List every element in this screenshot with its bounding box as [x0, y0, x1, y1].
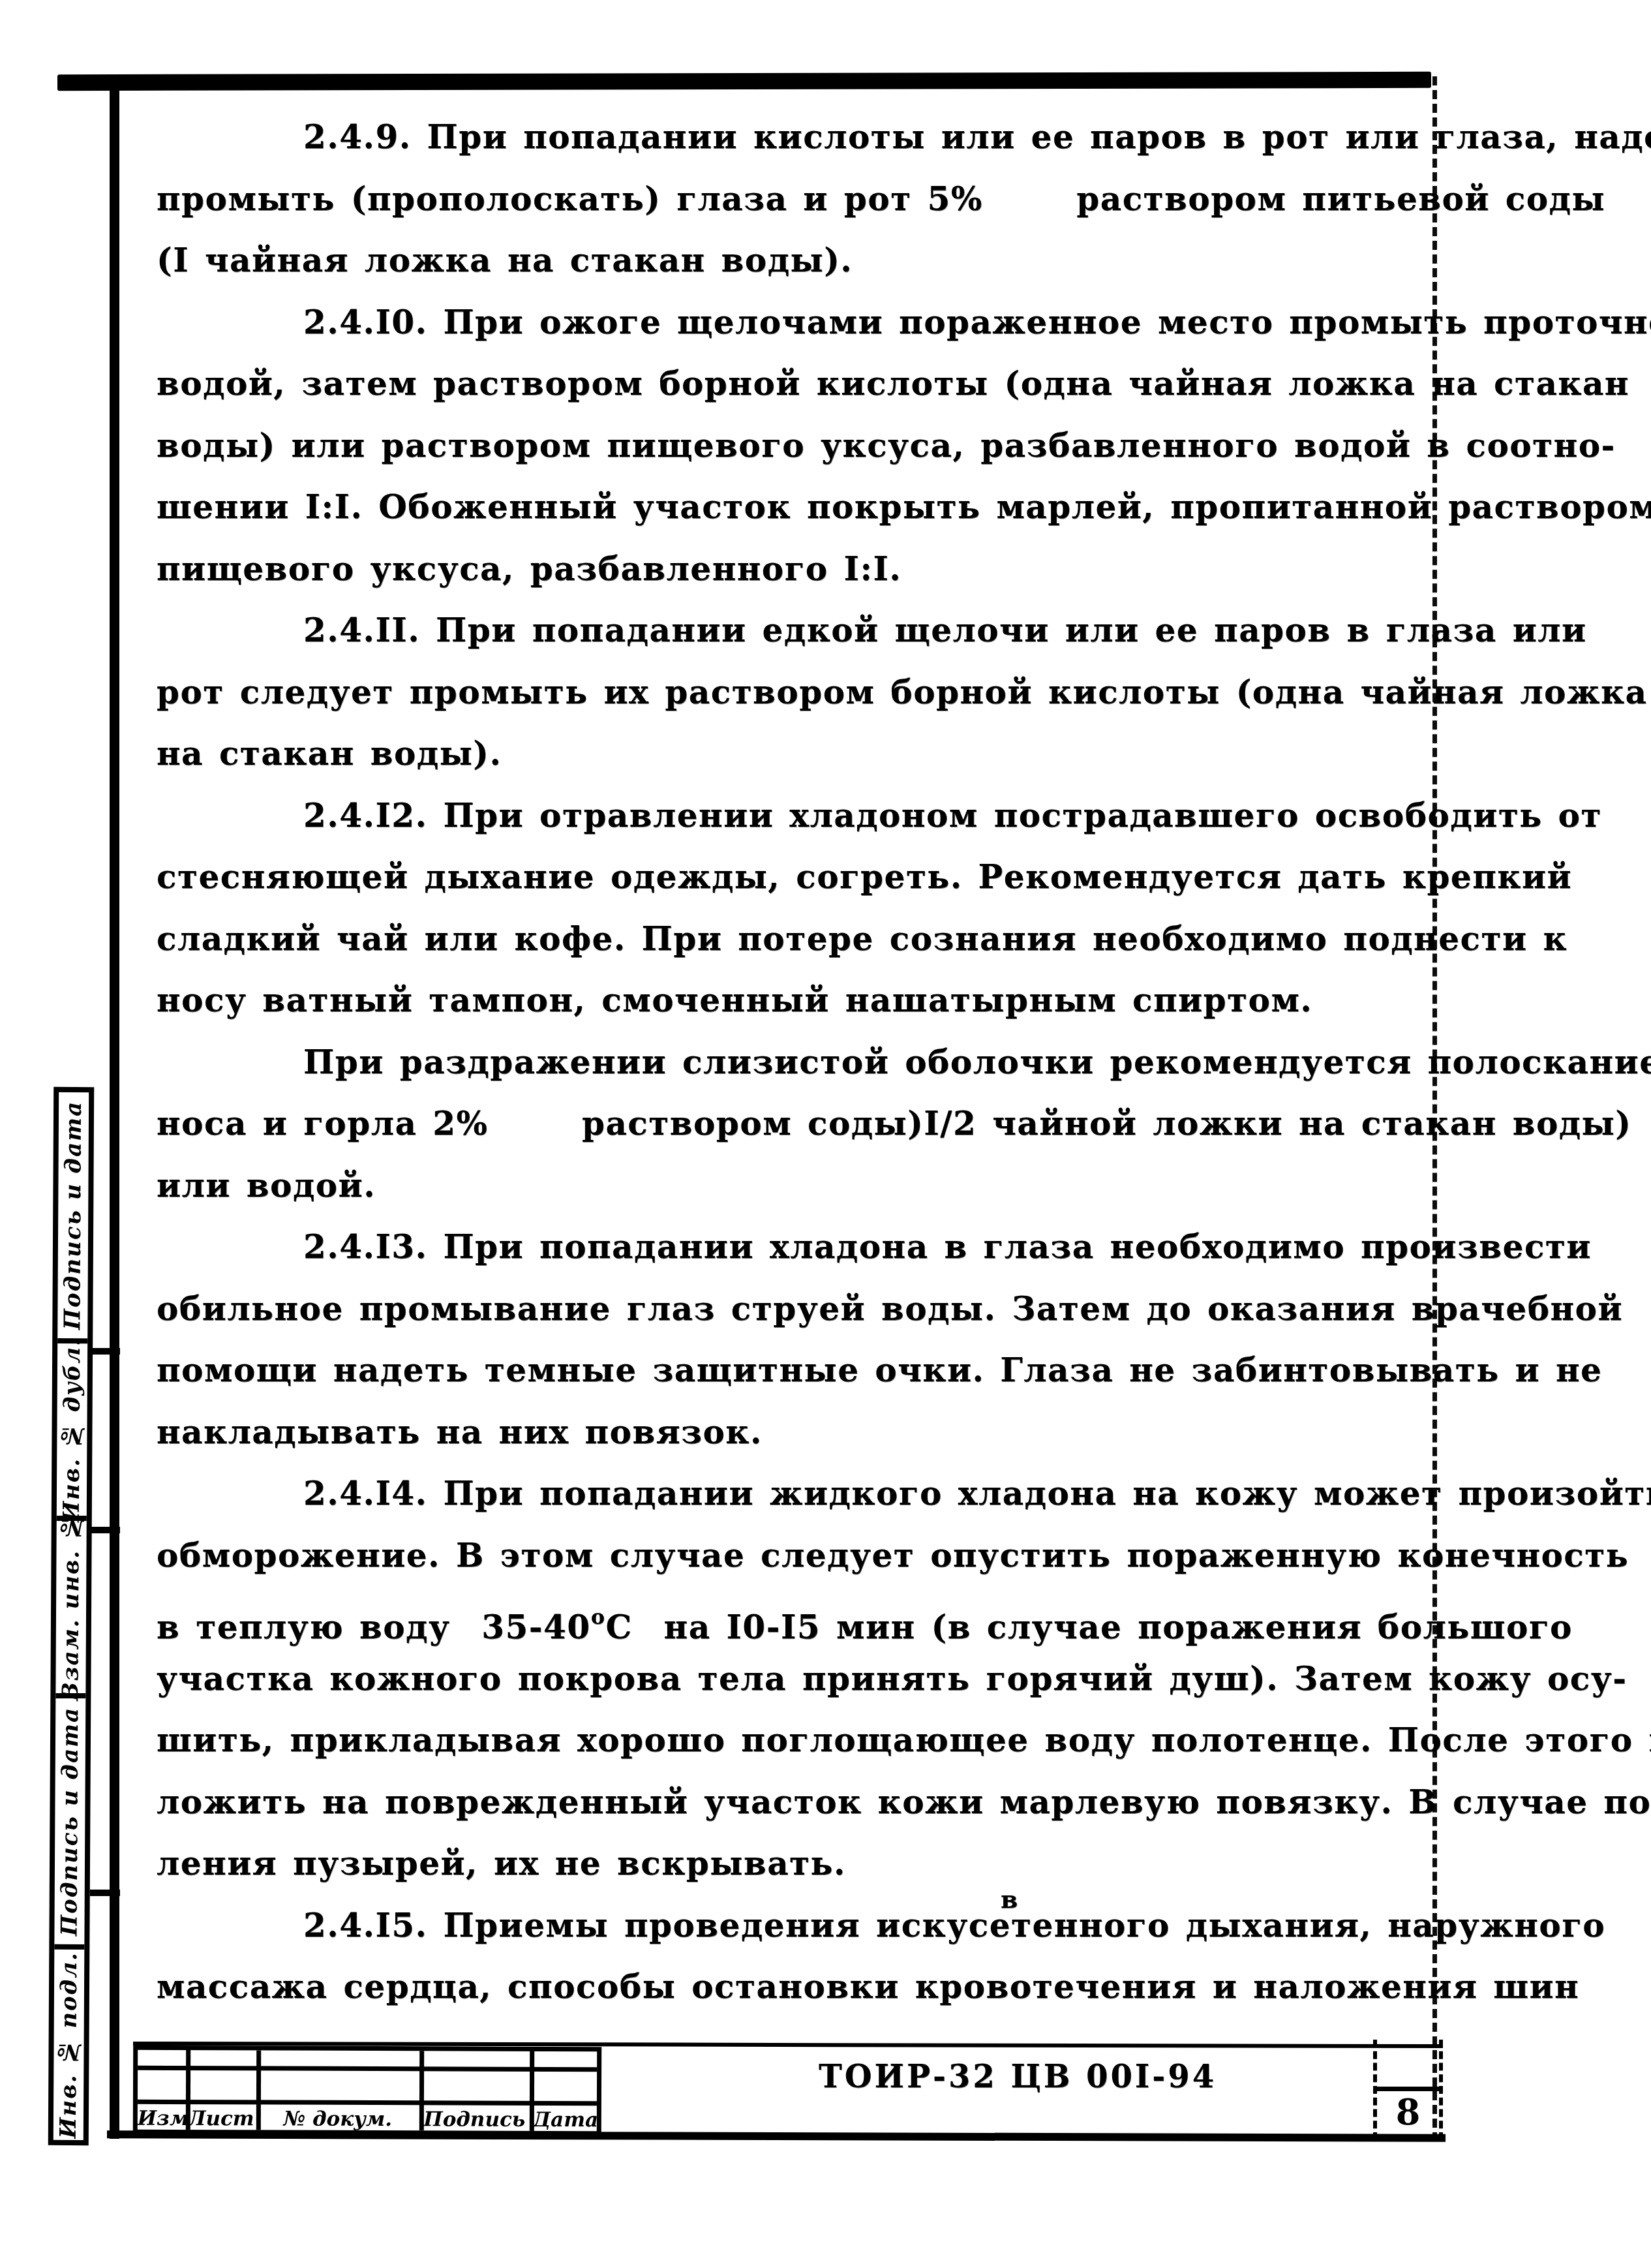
corner-stamp-table: ИзмЛист№ докум.ПодписьДата: [133, 2046, 601, 2136]
text-line: 2.4.I0. При ожоге щелочами пораженное ме…: [157, 292, 1455, 354]
doc-designation: ТОИР-32 ЦВ 00I-94: [819, 2059, 1217, 2095]
sidebar-field: Инв. № дубл.: [57, 1343, 87, 1521]
text-line: стесняющей дыхание одежды, согреть. Реко…: [157, 846, 1455, 908]
registration-tick: [90, 1527, 120, 1533]
text-segment: массажа сердца, способы остановки кровот…: [157, 1967, 1579, 2006]
sidebar-field-label: Инв. № подл.: [55, 1952, 82, 2139]
stamp-row-line: [138, 2066, 597, 2072]
text-segment: промыть (прополоскать) глаза и рот 5% ра…: [157, 179, 1605, 218]
text-line: 2.4.I2. При отравлении хладоном пострада…: [157, 785, 1455, 847]
text-segment: 2.4.I5. Приемы проведения искусе: [303, 1906, 1011, 1944]
text-segment: участка кожного покрова тела принять гор…: [157, 1659, 1628, 1698]
sidebar-field-label: Инв. № дубл.: [59, 1337, 85, 1522]
text-segment: шить, прикладывая хорошо поглощающее вод…: [157, 1721, 1651, 1759]
text-line: промыть (прополоскать) глаза и рот 5% ра…: [157, 168, 1455, 230]
text-line: обильное промывание глаз струей воды. За…: [157, 1278, 1455, 1340]
text-line: массажа сердца, способы остановки кровот…: [157, 1956, 1455, 2018]
text-line: шении I:I. Обоженный участок покрыть мар…: [157, 476, 1455, 538]
text-segment: сладкий чай или кофе. При потере сознани…: [157, 919, 1568, 958]
text-line: воды) или раствором пищевого уксуса, раз…: [157, 415, 1455, 477]
registration-tick: [90, 1890, 120, 1896]
text-line: 2.4.II. При попадании едкой щелочи или е…: [157, 600, 1455, 662]
document-text: 2.4.9. При попадании кислоты или ее паро…: [157, 106, 1455, 2018]
stamp-column-label: № докум.: [256, 2104, 419, 2134]
text-segment: шении I:I. Обоженный участок покрыть мар…: [157, 487, 1651, 526]
text-segment: носу ватный тампон, смоченный нашатырным…: [157, 981, 1312, 1019]
text-line: участка кожного покрова тела принять гор…: [157, 1648, 1455, 1710]
text-segment: ложить на поврежденный участок кожи марл…: [157, 1783, 1651, 1821]
text-segment: (I чайная ложка на стакан воды).: [157, 241, 853, 279]
text-line: (I чайная ложка на стакан воды).: [157, 230, 1455, 292]
gost-sidebar: Подпись и датаИнв. № дубл.Взам. инв. №По…: [48, 1087, 94, 2145]
sidebar-field: Инв. № подл.: [53, 1950, 85, 2140]
sidebar-field: Взам. инв. №: [55, 1521, 86, 1698]
text-segment: или водой.: [157, 1166, 376, 1204]
text-line: 2.4.I4. При попадании жидкого хладона на…: [157, 1463, 1455, 1525]
text-segment: водой, затем раствором борной кислоты (о…: [157, 364, 1629, 403]
text-segment: тенного дыхания, наружного: [1011, 1906, 1605, 1944]
text-segment: в теплую воду 35-40: [157, 1608, 591, 1646]
sidebar-field-label: Подпись и дата: [59, 1101, 87, 1330]
text-segment: накладывать на них повязок.: [157, 1413, 763, 1451]
text-line: 2.4.9. При попадании кислоты или ее паро…: [157, 106, 1455, 168]
text-segment: ления пузырей, их не вскрывать.: [157, 1844, 846, 1882]
text-line: рот следует промыть их раствором борной …: [157, 662, 1455, 724]
page-number-box: 8: [1373, 2040, 1443, 2140]
text-segment: пищевого уксуса, разбавленного I:I.: [157, 549, 901, 588]
text-segment: 2.4.9. При попадании кислоты или ее паро…: [303, 117, 1651, 156]
text-line: или водой.: [157, 1155, 1455, 1217]
text-line: ления пузырей, их не вскрывать.: [157, 1833, 1455, 1895]
text-line: ложить на поврежденный участок кожи марл…: [157, 1771, 1455, 1833]
sidebar-field-label: Подпись и дата: [56, 1707, 83, 1936]
scanned-page: Подпись и датаИнв. № дубл.Взам. инв. №По…: [0, 0, 1651, 2268]
text-line: При раздражении слизистой оболочки реком…: [157, 1032, 1455, 1094]
sidebar-field: Подпись и дата: [54, 1698, 85, 1950]
superscript: о: [591, 1604, 606, 1629]
text-segment: воды) или раствором пищевого уксуса, раз…: [157, 426, 1616, 465]
page-number: 8: [1377, 2091, 1439, 2137]
sidebar-field-label: Взам. инв. №: [57, 1513, 85, 1701]
text-line: в теплую воду 35-40оС на I0-I5 мин (в сл…: [157, 1586, 1455, 1648]
page-number-box-divider: [1374, 2087, 1440, 2091]
frame-left-border: [110, 77, 119, 2139]
text-segment: 2.4.I0. При ожоге щелочами пораженное ме…: [303, 303, 1651, 341]
text-segment: 2.4.I4. При попадании жидкого хладона на…: [303, 1474, 1651, 1512]
text-segment: обильное промывание глаз струей воды. За…: [157, 1289, 1623, 1328]
text-segment: С на I0-I5 мин (в случае поражения больш…: [605, 1608, 1572, 1646]
text-line: на стакан воды).: [157, 723, 1455, 785]
text-line: носу ватный тампон, смоченный нашатырным…: [157, 970, 1455, 1032]
text-segment: рот следует промыть их раствором борной …: [157, 673, 1647, 711]
text-line: 2.4.I3. При попадании хладона в глаза не…: [157, 1216, 1455, 1278]
text-segment: 2.4.II. При попадании едкой щелочи или е…: [303, 611, 1587, 649]
text-segment: 2.4.I3. При попадании хладона в глаза не…: [303, 1227, 1592, 1266]
text-line: сладкий чай или кофе. При потере сознани…: [157, 908, 1455, 970]
text-line: накладывать на них повязок.: [157, 1402, 1455, 1463]
text-line: водой, затем раствором борной кислоты (о…: [157, 353, 1455, 415]
text-line: помощи надеть темные защитные очки. Глаз…: [157, 1340, 1455, 1402]
text-line: пищевого уксуса, разбавленного I:I.: [157, 538, 1455, 600]
text-line: шить, прикладывая хорошо поглощающее вод…: [157, 1709, 1455, 1771]
text-segment: 2.4.I2. При отравлении хладоном пострада…: [303, 796, 1602, 835]
frame-top-border: [57, 72, 1431, 91]
stamp-column-label: Подпись: [419, 2105, 530, 2134]
text-segment: стесняющей дыхание одежды, согреть. Реко…: [157, 857, 1572, 896]
text-line: обморожение. В этом случае следует опуст…: [157, 1525, 1455, 1587]
text-segment: обморожение. В этом случае следует опуст…: [157, 1536, 1629, 1574]
text-line: 2.4.I5. Приемы проведения искусевтенного…: [157, 1895, 1455, 1957]
registration-tick: [90, 1348, 120, 1355]
text-segment: на стакан воды).: [157, 734, 502, 773]
sidebar-field: Подпись и дата: [57, 1092, 89, 1343]
stamp-column-label: Дата: [530, 2106, 601, 2134]
text-segment: При раздражении слизистой оболочки реком…: [303, 1043, 1651, 1081]
stamp-column-label: Лист: [186, 2104, 256, 2133]
text-line: носа и горла 2% раствором соды)I/2 чайно…: [157, 1093, 1455, 1155]
text-segment: помощи надеть темные защитные очки. Глаз…: [157, 1351, 1602, 1389]
stamp-column-label: Изм: [138, 2104, 186, 2133]
text-segment: носа и горла 2% раствором соды)I/2 чайно…: [157, 1104, 1631, 1142]
